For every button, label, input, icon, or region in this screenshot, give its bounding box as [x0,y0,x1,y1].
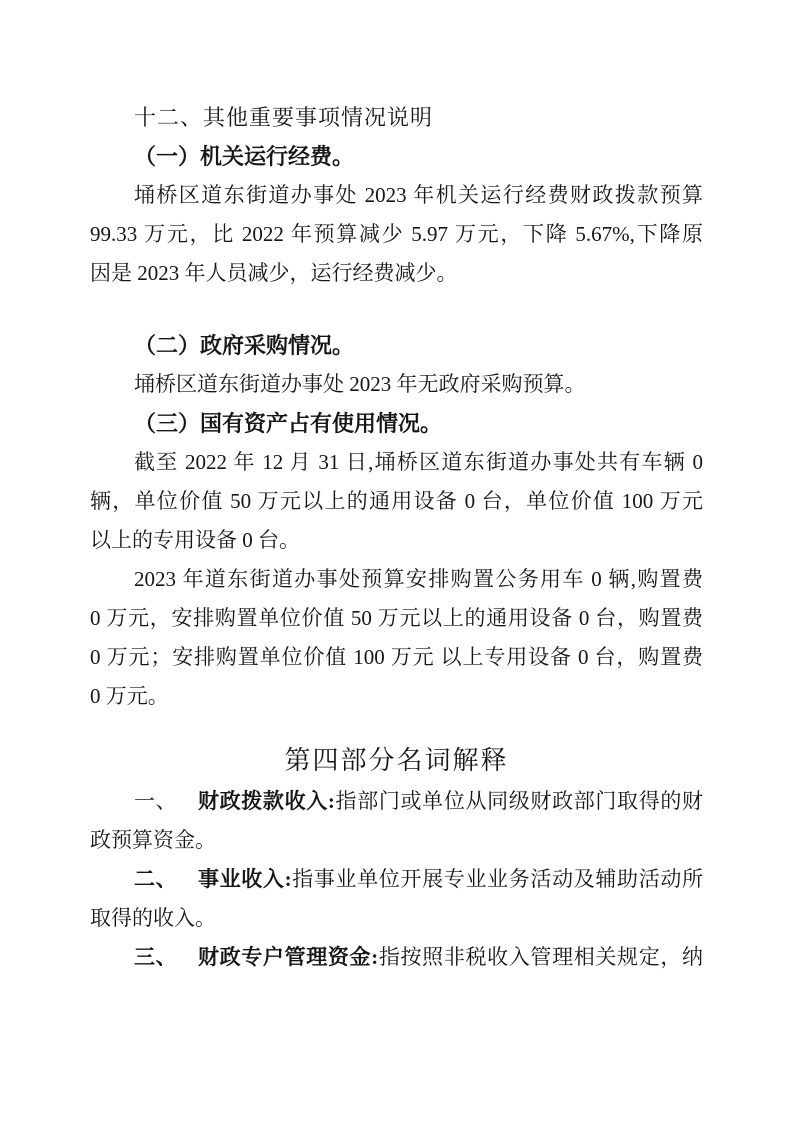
paragraph-line: 0 万元；安排购置单位价值 100 万元 以上专用设备 0 台，购置费 [90,638,703,677]
definition-line-1: 一、财政拨款收入:指部门或单位从同级财政部门取得的财 [90,782,703,821]
paragraph-line: 埇桥区道东街道办事处 2023 年机关运行经费财政拨款预算 [90,176,703,215]
term-name: 财政专户管理资金: [197,945,378,969]
term-number: 一、 [134,789,177,813]
document-page: 十二、其他重要事项情况说明 （一）机关运行经费。 埇桥区道东街道办事处 2023… [0,0,793,1122]
subsection-heading-agency-operating-funds: （一）机关运行经费。 [90,137,703,176]
part4-title: 第四部分名词解释 [90,738,703,782]
paragraph-line: 截至 2022 年 12 月 31 日,埇桥区道东街道办事处共有车辆 0 [90,443,703,482]
definition-continuation: 取得的收入。 [90,899,703,938]
paragraph-line: 0 万元，安排购置单位价值 50 万元以上的通用设备 0 台，购置费 [90,599,703,638]
term-definition-text: 指事业单位开展专业业务活动及辅助活动所 [292,867,703,891]
definition-line-2: 二、事业收入:指事业单位开展专业业务活动及辅助活动所 [90,860,703,899]
section-heading-other-items: 十二、其他重要事项情况说明 [90,98,703,137]
subsection-heading-state-assets: （三）国有资产占有使用情况。 [90,404,703,443]
blank-line [90,293,703,326]
term-number: 二、 [134,867,177,891]
term-name: 财政拨款收入: [197,789,335,813]
term-name: 事业收入: [197,867,291,891]
paragraph-line: 以上的专用设备 0 台。 [90,521,703,560]
paragraph-line: 埇桥区道东街道办事处 2023 年无政府采购预算。 [90,365,703,404]
subsection-heading-government-procurement: （二）政府采购情况。 [90,326,703,365]
paragraph-line: 辆，单位价值 50 万元以上的通用设备 0 台，单位价值 100 万元 [90,482,703,521]
definition-line-3: 三、财政专户管理资金:指按照非税收入管理相关规定，纳 [90,938,703,977]
term-definition-text: 指部门或单位从同级财政部门取得的财 [335,789,703,813]
paragraph-line: 0 万元。 [90,677,703,716]
paragraph-line: 2023 年道东街道办事处预算安排购置公务用车 0 辆,购置费 [90,560,703,599]
term-definition-text: 指按照非税收入管理相关规定，纳 [378,945,703,969]
document-content: 十二、其他重要事项情况说明 （一）机关运行经费。 埇桥区道东街道办事处 2023… [90,98,703,977]
definition-continuation: 政预算资金。 [90,821,703,860]
paragraph-line: 因是 2023 年人员减少，运行经费减少。 [90,254,703,293]
term-number: 三、 [134,945,177,969]
paragraph-line: 99.33 万元，比 2022 年预算减少 5.97 万元，下降 5.67%,下… [90,215,703,254]
